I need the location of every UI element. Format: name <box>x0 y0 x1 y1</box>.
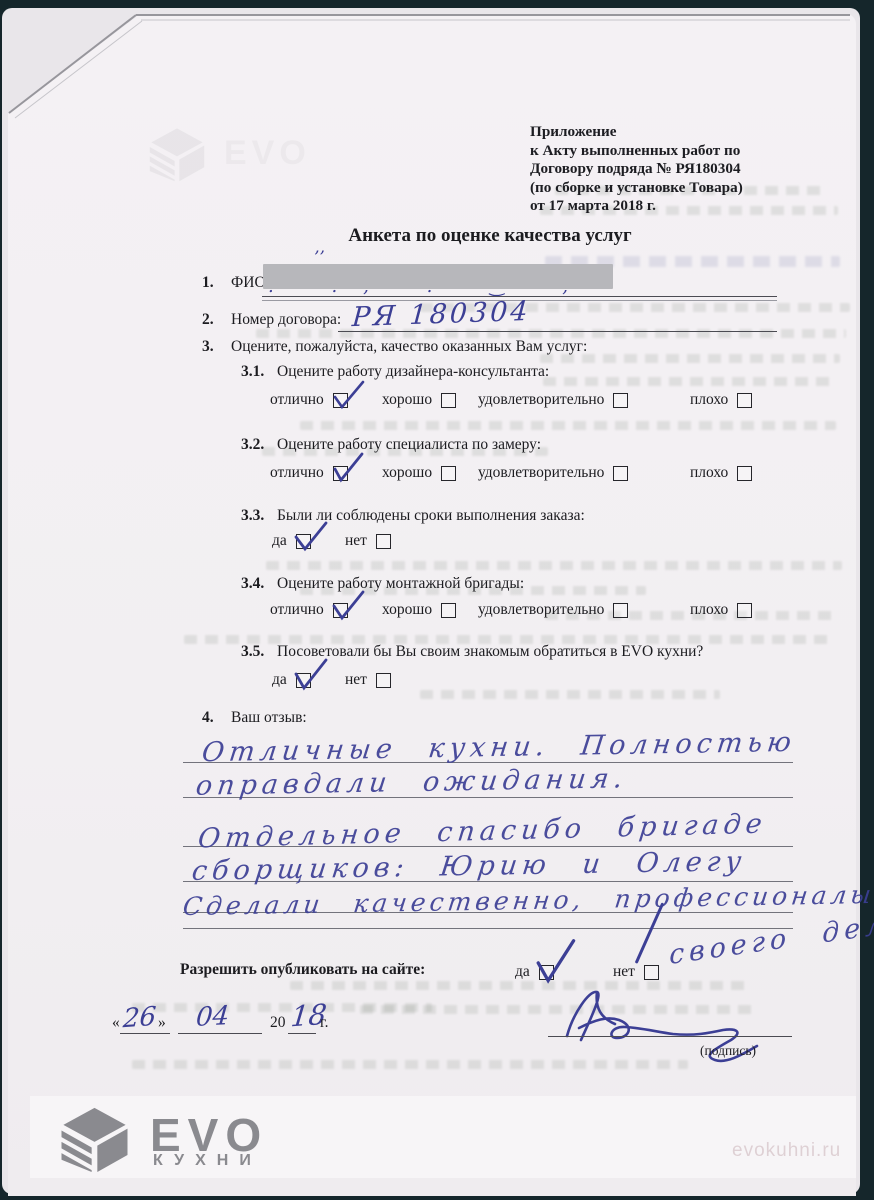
q32-bad-checkbox <box>737 466 752 481</box>
q4-number: 4. <box>202 709 214 726</box>
q32-satisfactory-checkbox <box>613 466 628 481</box>
q34-number: 3.4. <box>241 575 264 592</box>
pen-checkmark-icon <box>293 658 331 692</box>
attachment-note: Приложение к Акту выполненных работ по Д… <box>530 123 743 216</box>
q35-option-yes: да <box>272 671 311 689</box>
option-label: нет <box>345 532 367 550</box>
q35-label: Посоветовали бы Вы своим знакомым обрати… <box>277 643 703 660</box>
q31-satisfactory-checkbox <box>613 393 628 408</box>
q34-option-excellent: отлично <box>270 601 348 619</box>
q31-bad-checkbox <box>737 393 752 408</box>
site-watermark: evokuhni.ru <box>732 1140 841 1162</box>
q2-label: Номер договора: <box>231 311 341 328</box>
footer-brand-subtext: КУХНИ <box>153 1152 262 1170</box>
q32-excellent-checkbox <box>333 466 348 481</box>
bleed-through <box>543 377 835 386</box>
q1-number: 1. <box>202 274 214 291</box>
form-title: Анкета по оценке качества услуг <box>200 227 780 244</box>
q31-label: Оцените работу дизайнера-консультанта: <box>277 363 549 380</box>
date-century-printed: 20 <box>270 1014 286 1031</box>
option-label: да <box>272 532 287 550</box>
q31-option-satisfactory: удовлетворительно <box>478 391 628 409</box>
bleed-through <box>420 690 720 699</box>
signature-line <box>548 1036 792 1037</box>
option-label: хорошо <box>382 391 432 409</box>
q31-number: 3.1. <box>241 363 264 380</box>
q34-bad-checkbox <box>737 603 752 618</box>
option-label: удовлетворительно <box>478 601 604 619</box>
scanned-questionnaire: EVO Приложение к Акту выполненных работ … <box>0 0 874 1200</box>
date-day-handwritten: 26 <box>122 1002 157 1035</box>
attachment-note-line: Приложение <box>530 123 743 142</box>
watermark-brand-text: EVO <box>224 134 311 173</box>
q33-option-no: нет <box>345 532 391 550</box>
bleed-through <box>540 354 840 363</box>
option-label: да <box>515 963 530 981</box>
date-year-line <box>288 1033 316 1034</box>
q34-excellent-checkbox <box>333 603 348 618</box>
q31-option-excellent: отлично <box>270 391 348 409</box>
attachment-note-line: (по сборке и установке Товара) <box>530 179 743 198</box>
pen-marks: . ., . ‿ , <box>268 276 594 297</box>
q32-option-satisfactory: удовлетворительно <box>478 464 628 482</box>
q34-satisfactory-checkbox <box>613 603 628 618</box>
q33-yes-checkbox <box>296 534 311 549</box>
date-open-quote: « <box>112 1014 120 1031</box>
signature-caption: (подпись) <box>700 1042 756 1059</box>
evo-watermark-logo: EVO <box>142 126 212 182</box>
pen-checkmark-icon <box>293 519 331 553</box>
q34-option-bad: плохо <box>690 601 752 619</box>
option-label: отлично <box>270 464 324 482</box>
q32-good-checkbox <box>441 466 456 481</box>
q31-option-bad: плохо <box>690 391 752 409</box>
option-label: удовлетворительно <box>478 464 604 482</box>
pen-checkmark-icon <box>330 451 368 485</box>
q33-option-yes: да <box>272 532 311 550</box>
q34-good-checkbox <box>441 603 456 618</box>
q2-number: 2. <box>202 311 214 328</box>
date-era-label: г. <box>320 1014 328 1031</box>
q33-number: 3.3. <box>241 507 264 524</box>
q35-number: 3.5. <box>241 643 264 660</box>
bleed-through <box>266 561 842 570</box>
date-month-line <box>178 1033 262 1034</box>
q32-option-bad: плохо <box>690 464 752 482</box>
option-label: да <box>272 671 287 689</box>
option-label: плохо <box>690 601 728 619</box>
answer-line <box>338 331 777 332</box>
q32-label: Оцените работу специалиста по замеру: <box>277 436 541 453</box>
evo-cube-icon <box>142 126 212 182</box>
date-close-quote: » <box>158 1014 166 1031</box>
option-label: отлично <box>270 601 324 619</box>
option-label: хорошо <box>382 464 432 482</box>
option-label: удовлетворительно <box>478 391 604 409</box>
q32-number: 3.2. <box>241 436 264 453</box>
option-label: нет <box>345 671 367 689</box>
q31-option-good: хорошо <box>382 391 456 409</box>
q34-option-satisfactory: удовлетворительно <box>478 601 628 619</box>
attachment-note-line: от 17 марта 2018 г. <box>530 197 743 216</box>
q31-good-checkbox <box>441 393 456 408</box>
bleed-through <box>300 421 836 430</box>
option-label: хорошо <box>382 601 432 619</box>
review-rule-line <box>183 928 793 929</box>
date-day-line <box>120 1033 170 1034</box>
date-month-handwritten: 04 <box>195 1001 231 1033</box>
evo-cube-icon <box>52 1106 137 1172</box>
attachment-note-line: Договору подряда № РЯ180304 <box>530 160 743 179</box>
q32-option-good: хорошо <box>382 464 456 482</box>
pen-checkmark-icon <box>330 378 368 412</box>
q34-label: Оцените работу монтажной бригады: <box>277 575 524 592</box>
option-label: плохо <box>690 464 728 482</box>
q35-yes-checkbox <box>296 673 311 688</box>
q31-excellent-checkbox <box>333 393 348 408</box>
pen-checkmark-icon <box>330 588 368 622</box>
q32-option-excellent: отлично <box>270 464 348 482</box>
q35-no-checkbox <box>376 673 391 688</box>
attachment-note-line: к Акту выполненных работ по <box>530 142 743 161</box>
q3-number: 3. <box>202 338 214 355</box>
option-label: отлично <box>270 391 324 409</box>
q33-no-checkbox <box>376 534 391 549</box>
q34-option-good: хорошо <box>382 601 456 619</box>
publish-label: Разрешить опубликовать на сайте: <box>180 961 425 978</box>
option-label: плохо <box>690 391 728 409</box>
q35-option-no: нет <box>345 671 391 689</box>
q3-label: Оцените, пожалуйста, качество оказанных … <box>231 338 587 355</box>
q2-handwritten-value: РЯ 180304 <box>351 296 532 333</box>
q4-label: Ваш отзыв: <box>231 709 307 726</box>
